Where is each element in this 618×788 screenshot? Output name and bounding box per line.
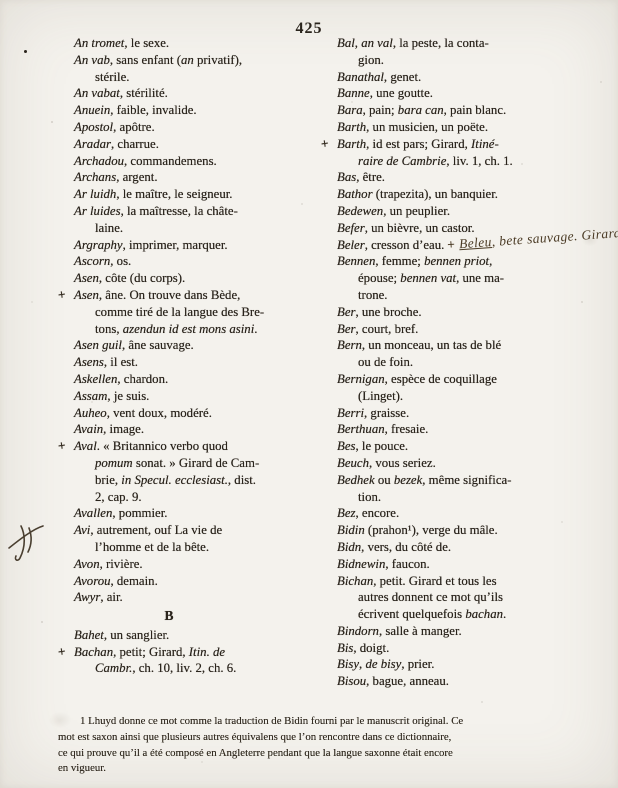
headword-italic-text: An vab bbox=[74, 53, 110, 67]
headword-italic-text: Berri bbox=[337, 406, 364, 420]
dictionary-entry: Bes, le pouce. bbox=[337, 438, 569, 455]
dictionary-entry: Asen, côte (du corps). bbox=[74, 270, 316, 287]
entry-text: , être. bbox=[356, 170, 385, 184]
headword-italic-text: Banne bbox=[337, 86, 370, 100]
entry-text: , une broche. bbox=[355, 305, 421, 319]
entry-text: , une goutte. bbox=[370, 86, 433, 100]
headword-italic-text: Askellen bbox=[74, 372, 117, 386]
headword-italic-text: Bachan bbox=[74, 645, 113, 659]
entry-text: , bague, anneau. bbox=[366, 674, 449, 688]
entry-text: , le pouce. bbox=[355, 439, 408, 453]
entry-text: , petit; Girard, bbox=[113, 645, 189, 659]
dictionary-entry: Apostol, apôtre. bbox=[74, 119, 316, 136]
headword-italic-text: Banathal bbox=[337, 70, 384, 84]
headword-italic-text: Asens bbox=[74, 355, 104, 369]
entry-text: , doigt. bbox=[353, 641, 389, 655]
entry-text: , espèce de coquillage bbox=[385, 372, 497, 386]
dictionary-entry: +Asen, âne. On trouve dans Bède, comme t… bbox=[74, 287, 316, 337]
headword-italic-text: Asen bbox=[74, 288, 99, 302]
headword-italic-text: Argraphy bbox=[74, 238, 123, 252]
headword-italic-text: Ber bbox=[337, 322, 355, 336]
headword-italic-text: Bichan bbox=[337, 574, 373, 588]
entry-text: (trapezita), un banquier. bbox=[373, 187, 498, 201]
headword-italic-text: Bis bbox=[337, 641, 353, 655]
entry-text: , un bièvre, un castor. bbox=[365, 221, 475, 235]
headword-italic-text: Bidn bbox=[337, 540, 361, 554]
dictionary-entry: An tromet, le sexe. bbox=[74, 35, 316, 52]
headword-italic-text: Avallen bbox=[74, 506, 112, 520]
entry-text: , il est. bbox=[104, 355, 138, 369]
ink-dot-mark bbox=[24, 50, 27, 53]
entry-text: , le maître, le seigneur. bbox=[116, 187, 232, 201]
entry-text: , encore. bbox=[355, 506, 399, 520]
entry-text: , image. bbox=[103, 422, 144, 436]
dictionary-entry: Auheo, vent doux, modéré. bbox=[74, 405, 316, 422]
headword-italic-text: Bas bbox=[337, 170, 356, 184]
scanned-book-page: 425 An tromet, le sexe.An vab, sans enfa… bbox=[0, 0, 618, 788]
headword-italic-text: Bidnewin bbox=[337, 557, 385, 571]
dictionary-entry: Bisy, de bisy, prier. bbox=[337, 656, 569, 673]
headword-italic-text: Bedhek bbox=[337, 473, 375, 487]
entry-text: . bbox=[254, 322, 257, 336]
headword-italic-text: Itiné- bbox=[471, 137, 499, 151]
headword-italic-text: Beuch bbox=[337, 456, 369, 470]
entry-text: , faible, invalide. bbox=[110, 103, 196, 117]
headword-italic-text: de bisy bbox=[365, 657, 401, 671]
entry-text: gion. bbox=[358, 53, 384, 67]
headword-italic-text: Bal bbox=[337, 36, 355, 50]
entry-text: , liv. 1, ch. 1. bbox=[446, 154, 512, 168]
dictionary-entry: Avain, image. bbox=[74, 421, 316, 438]
headword-italic-text: Archadou bbox=[74, 154, 124, 168]
headword-italic-text: an val bbox=[361, 36, 393, 50]
entry-text: . bbox=[503, 607, 506, 621]
dictionary-entry: An vabat, stérilité. bbox=[74, 85, 316, 102]
dictionary-entry: Bal, an val, la peste, la conta- gion. bbox=[337, 35, 569, 69]
headword-italic-text: Awyr bbox=[74, 590, 100, 604]
entry-text: , demain. bbox=[111, 574, 158, 588]
entry-text: , graisse. bbox=[364, 406, 409, 420]
dictionary-columns: An tromet, le sexe.An vab, sans enfant (… bbox=[74, 35, 569, 690]
entry-text: , air. bbox=[100, 590, 122, 604]
headword-italic-text: bennen vat bbox=[400, 271, 456, 285]
entry-text: tion. bbox=[358, 490, 381, 504]
dictionary-entry: Ber, une broche. bbox=[337, 304, 569, 321]
headword-italic-text: Avorou bbox=[74, 574, 111, 588]
entry-text: , femme; bbox=[375, 254, 424, 268]
section-letter-heading: B bbox=[74, 608, 264, 625]
dictionary-entry: Bidn, vers, du côté de. bbox=[337, 539, 569, 556]
dictionary-entry: Beuch, vous seriez. bbox=[337, 455, 569, 472]
entry-text: , imprimer, marquer. bbox=[123, 238, 228, 252]
dictionary-entry: Ar luidh, le maître, le seigneur. bbox=[74, 186, 316, 203]
dictionary-entry: Bathor (trapezita), un banquier. bbox=[337, 186, 569, 203]
dictionary-entry: Bidnewin, faucon. bbox=[337, 556, 569, 573]
entry-text: , vous seriez. bbox=[369, 456, 436, 470]
dictionary-entry: +Bachan, petit; Girard, Itin. de Cambr.,… bbox=[74, 644, 316, 678]
headword-italic-text: Cambr. bbox=[95, 661, 132, 675]
entry-text: , côte (du corps). bbox=[99, 271, 185, 285]
dictionary-entry: Asens, il est. bbox=[74, 354, 316, 371]
entry-text: écrivent quelquefois bbox=[358, 607, 465, 621]
dictionary-entry: Berthuan, fresaie. bbox=[337, 421, 569, 438]
dictionary-entry: Bisou, bague, anneau. bbox=[337, 673, 569, 690]
entry-text: , pommier. bbox=[112, 506, 167, 520]
entry-text: , genet. bbox=[384, 70, 421, 84]
entry-text: , même significa- bbox=[422, 473, 511, 487]
dagger-cross-mark: + bbox=[320, 135, 330, 153]
headword-italic-text: Bedewen bbox=[337, 204, 383, 218]
headword-italic-text: Anuein bbox=[74, 103, 110, 117]
entry-text: , la maîtresse, la châte- bbox=[121, 204, 238, 218]
entry-text: , ch. 10, liv. 2, ch. 6. bbox=[132, 661, 236, 675]
headword-italic-text: raire de Cambrie bbox=[358, 154, 446, 168]
dictionary-entry: Avallen, pommier. bbox=[74, 505, 316, 522]
headword-italic-text: Ber bbox=[337, 305, 355, 319]
headword-italic-text: Ar luides bbox=[74, 204, 121, 218]
dictionary-entry: Asen guil, âne sauvage. bbox=[74, 337, 316, 354]
right-column: Bal, an val, la peste, la conta- gion.Ba… bbox=[337, 35, 569, 690]
dictionary-entry: Banathal, genet. bbox=[337, 69, 569, 86]
dagger-cross-mark: + bbox=[57, 438, 67, 456]
entry-text: , apôtre. bbox=[113, 120, 155, 134]
dagger-cross-mark: + bbox=[57, 286, 67, 304]
dictionary-entry: Aradar, charrue. bbox=[74, 136, 316, 153]
entry-text: , prier. bbox=[401, 657, 434, 671]
entry-text: , un musicien, un poëte. bbox=[366, 120, 488, 134]
entry-text: privatif), bbox=[194, 53, 242, 67]
dictionary-entry: Bidin (prahon¹), verge du mâle. bbox=[337, 522, 569, 539]
entry-text: , pain; bbox=[363, 103, 398, 117]
dictionary-entry: Banne, une goutte. bbox=[337, 85, 569, 102]
entry-text: , charrue. bbox=[111, 137, 159, 151]
entry-text: , âne. On trouve dans Bède, bbox=[99, 288, 240, 302]
dictionary-entry: Bernigan, espèce de coquillage (Linget). bbox=[337, 371, 569, 405]
dictionary-entry: Bahet, un sanglier. bbox=[74, 627, 316, 644]
headword-italic-text: Archans bbox=[74, 170, 116, 184]
dictionary-entry: Anuein, faible, invalide. bbox=[74, 102, 316, 119]
headword-italic-text: in Specul. ecclesiast. bbox=[121, 473, 228, 487]
dictionary-entry: Bern, un monceau, un tas de blé ou de fo… bbox=[337, 337, 569, 371]
entry-text: tons, bbox=[95, 322, 123, 336]
dictionary-entry: Archans, argent. bbox=[74, 169, 316, 186]
headword-italic-text: Bez bbox=[337, 506, 355, 520]
dictionary-entry: Bis, doigt. bbox=[337, 640, 569, 657]
dictionary-entry: Avi, autrement, ouf La vie de l’homme et… bbox=[74, 522, 316, 556]
entry-text: , stérilité. bbox=[120, 86, 168, 100]
entry-text: , faucon. bbox=[385, 557, 429, 571]
headword-italic-text: Assam bbox=[74, 389, 107, 403]
entry-text: , un sanglier. bbox=[104, 628, 169, 642]
headword-italic-text: Itin. de bbox=[189, 645, 225, 659]
entry-text: brie, bbox=[95, 473, 121, 487]
entry-text: , un peuplier. bbox=[383, 204, 450, 218]
dictionary-entry: Askellen, chardon. bbox=[74, 371, 316, 388]
headword-italic-text: Ar luidh bbox=[74, 187, 116, 201]
headword-italic-text: An tromet bbox=[74, 36, 124, 50]
dagger-cross-mark: + bbox=[57, 643, 67, 661]
entry-text: stérile. bbox=[95, 70, 129, 84]
headword-italic-text: an bbox=[181, 53, 194, 67]
headword-italic-text: azendun id est mons asini bbox=[123, 322, 255, 336]
headword-italic-text: Bidin bbox=[337, 523, 365, 537]
entry-text: l’homme et de la bête. bbox=[95, 540, 209, 554]
headword-italic-text: bennen priot bbox=[424, 254, 489, 268]
headword-italic-text: Bahet bbox=[74, 628, 104, 642]
entry-text: , bbox=[489, 254, 492, 268]
entry-text: , os. bbox=[110, 254, 131, 268]
dictionary-entry: Ar luides, la maîtresse, la châte- laine… bbox=[74, 203, 316, 237]
entry-text: , pain blanc. bbox=[444, 103, 507, 117]
entry-text: , sans enfant ( bbox=[110, 53, 181, 67]
entry-text: , vers, du côté de. bbox=[361, 540, 451, 554]
entry-text: ou bbox=[375, 473, 394, 487]
dictionary-entry: +Barth, id est pars; Girard, Itiné- rair… bbox=[337, 136, 569, 170]
headword-italic-text: Bennen bbox=[337, 254, 375, 268]
entry-text: , argent. bbox=[116, 170, 157, 184]
handwritten-scribble-mark bbox=[5, 520, 49, 569]
headword-italic-text: Avain bbox=[74, 422, 103, 436]
headword-italic-text: Aval bbox=[74, 439, 97, 453]
entry-text: , rivière. bbox=[100, 557, 143, 571]
entry-text: sonat. » Girard de Cam- bbox=[133, 456, 260, 470]
dictionary-entry: Beler, cresson d’eau.+ Beleu, bete sauva… bbox=[337, 237, 569, 254]
dictionary-entry: Bennen, femme; bennen priot, épouse; ben… bbox=[337, 253, 569, 303]
entry-text: , vent doux, modéré. bbox=[107, 406, 212, 420]
dictionary-entry: Bedewen, un peuplier. bbox=[337, 203, 569, 220]
headword-italic-text: bara can bbox=[398, 103, 444, 117]
dictionary-entry: Bedhek ou bezek, même significa- tion. bbox=[337, 472, 569, 506]
dictionary-entry: Avon, rivière. bbox=[74, 556, 316, 573]
entry-text: , je suis. bbox=[107, 389, 149, 403]
entry-text: , cresson d’eau. bbox=[365, 238, 445, 252]
headword-italic-text: Avon bbox=[74, 557, 100, 571]
dictionary-entry: Argraphy, imprimer, marquer. bbox=[74, 237, 316, 254]
dictionary-entry: Archadou, commandemens. bbox=[74, 153, 316, 170]
dictionary-entry: Ber, court, bref. bbox=[337, 321, 569, 338]
headword-italic-text: Aradar bbox=[74, 137, 111, 151]
entry-text: . « Britannico verbo quod bbox=[97, 439, 228, 453]
headword-italic-text: Barth bbox=[337, 120, 366, 134]
headword-italic-text: An vabat bbox=[74, 86, 120, 100]
dictionary-entry: An vab, sans enfant (an privatif), stéri… bbox=[74, 52, 316, 86]
entry-text: , court, bref. bbox=[355, 322, 418, 336]
headword-italic-text: Bisy bbox=[337, 657, 359, 671]
entry-text: , fresaie. bbox=[385, 422, 429, 436]
headword-italic-text: Bara bbox=[337, 103, 363, 117]
headword-italic-text: Apostol bbox=[74, 120, 113, 134]
entry-text: , commandemens. bbox=[124, 154, 217, 168]
headword-italic-text: Asen guil bbox=[74, 338, 122, 352]
headword-italic-text: Bisou bbox=[337, 674, 366, 688]
headword-italic-text: Befer bbox=[337, 221, 365, 235]
entry-text: , id est pars; Girard, bbox=[366, 137, 471, 151]
dictionary-entry: Assam, je suis. bbox=[74, 388, 316, 405]
dictionary-entry: Avorou, demain. bbox=[74, 573, 316, 590]
dictionary-entry: Bara, pain; bara can, pain blanc. bbox=[337, 102, 569, 119]
dictionary-entry: Awyr, air. bbox=[74, 589, 316, 606]
dictionary-entry: Bas, être. bbox=[337, 169, 569, 186]
headword-italic-text: Bern bbox=[337, 338, 362, 352]
headword-italic-text: Bernigan bbox=[337, 372, 385, 386]
handwritten-headword: Beleu bbox=[459, 234, 493, 251]
headword-italic-text: Ascorn bbox=[74, 254, 110, 268]
headword-italic-text: pomum bbox=[95, 456, 133, 470]
headword-italic-text: Bathor bbox=[337, 187, 373, 201]
headword-italic-text: Auheo bbox=[74, 406, 107, 420]
entry-text: épouse; bbox=[358, 271, 400, 285]
dictionary-entry: Bindorn, salle à manger. bbox=[337, 623, 569, 640]
entry-text: trone. bbox=[358, 288, 388, 302]
entry-text: laine. bbox=[95, 221, 123, 235]
entry-text: comme tiré de la langue des Bre- bbox=[95, 305, 264, 319]
footnote: 1 Lhuyd donne ce mot comme la traduction… bbox=[58, 714, 572, 777]
entry-text: , chardon. bbox=[117, 372, 168, 386]
entry-text: (Linget). bbox=[358, 389, 403, 403]
dictionary-entry: Bichan, petit. Girard et tous les autres… bbox=[337, 573, 569, 623]
left-column: An tromet, le sexe.An vab, sans enfant (… bbox=[74, 35, 316, 690]
entry-text: , le sexe. bbox=[124, 36, 169, 50]
entry-text: ou de foin. bbox=[358, 355, 413, 369]
entry-text: , âne sauvage. bbox=[122, 338, 194, 352]
entry-text: , un monceau, un tas de blé bbox=[362, 338, 501, 352]
headword-italic-text: Asen bbox=[74, 271, 99, 285]
dictionary-entry: Bez, encore. bbox=[337, 505, 569, 522]
entry-text: (prahon¹), verge du mâle. bbox=[365, 523, 498, 537]
headword-italic-text: Berthuan bbox=[337, 422, 385, 436]
headword-italic-text: bachan bbox=[465, 607, 503, 621]
dictionary-entry: Barth, un musicien, un poëte. bbox=[337, 119, 569, 136]
headword-italic-text: bezek bbox=[394, 473, 422, 487]
dictionary-entry: +Aval. « Britannico verbo quod pomum son… bbox=[74, 438, 316, 505]
entry-text: autres donnent ce mot qu’ils bbox=[358, 590, 503, 604]
entry-text: , autrement, ouf La vie de bbox=[90, 523, 222, 537]
entry-text: , dist. bbox=[228, 473, 256, 487]
headword-italic-text: Barth bbox=[337, 137, 366, 151]
dictionary-entry: Ascorn, os. bbox=[74, 253, 316, 270]
headword-italic-text: Beler bbox=[337, 238, 365, 252]
entry-text: , salle à manger. bbox=[379, 624, 462, 638]
dictionary-entry: Berri, graisse. bbox=[337, 405, 569, 422]
headword-italic-text: Bes bbox=[337, 439, 355, 453]
headword-italic-text: Bindorn bbox=[337, 624, 379, 638]
handwritten-plus-mark: + bbox=[447, 236, 460, 252]
headword-italic-text: Avi bbox=[74, 523, 90, 537]
entry-text: , petit. Girard et tous les bbox=[373, 574, 496, 588]
entry-text: 2, cap. 9. bbox=[95, 490, 142, 504]
entry-text: , la peste, la conta- bbox=[393, 36, 489, 50]
entry-text: , une ma- bbox=[456, 271, 504, 285]
